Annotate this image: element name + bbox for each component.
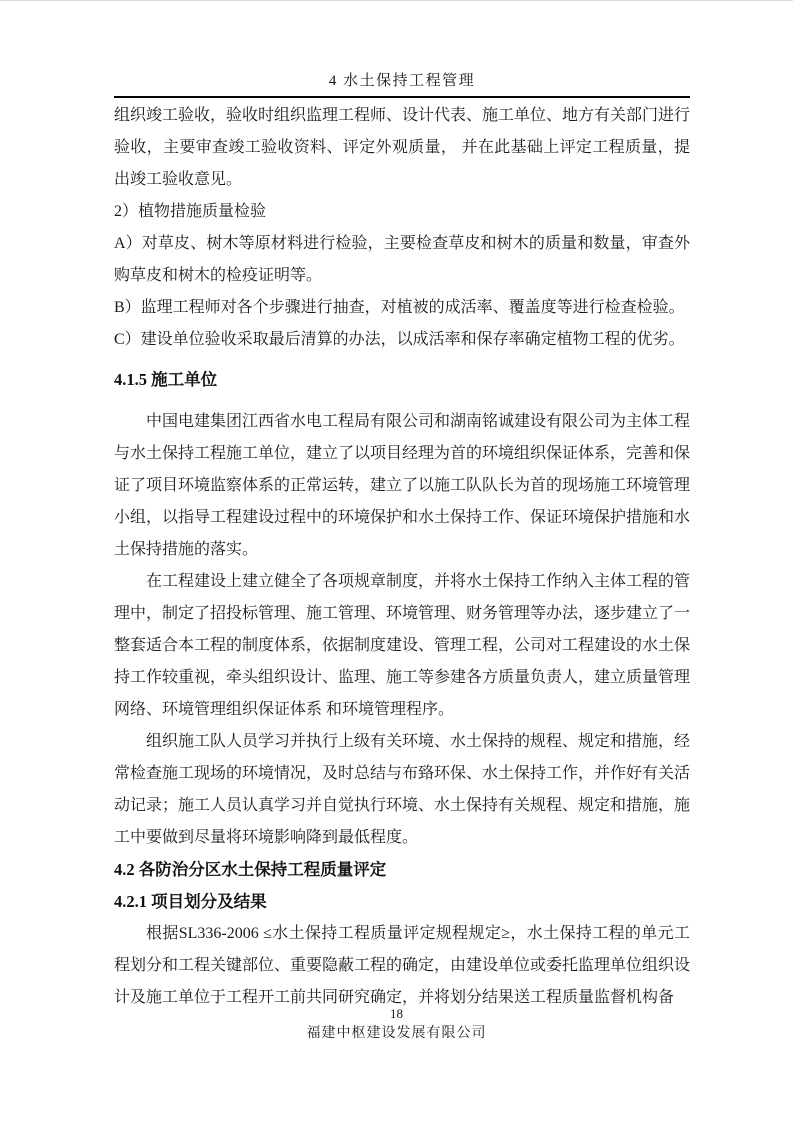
- list-item-a: A）对草皮、树木等原材料进行检验，主要检查草皮和树木的质量和数量，审查外购草皮和…: [114, 228, 690, 292]
- page-footer: 18 福建中枢建设发展有限公司: [0, 1005, 793, 1044]
- section-heading-4-2: 4.2 各防治分区水土保持工程质量评定: [114, 854, 690, 886]
- paragraph-construction-units: 中国电建集团江西省水电工程局有限公司和湖南铭诚建设有限公司为主体工程与水土保持工…: [114, 406, 690, 566]
- paragraph-team-training: 组织施工队人员学习并执行上级有关环境、水土保持的规程、规定和措施，经常检查施工现…: [114, 726, 690, 854]
- section-heading-4-1-5: 4.1.5 施工单位: [114, 364, 690, 396]
- header-rule: [114, 96, 690, 98]
- header-title: 4 水土保持工程管理: [114, 71, 690, 91]
- paragraph-project-division: 根据SL336-2006 ≤水土保持工程质量评定规程规定≥，水土保持工程的单元工…: [114, 918, 690, 1014]
- paragraph-regulations-system: 在工程建设上建立健全了各项规章制度，并将水土保持工作纳入主体工程的管理中，制定了…: [114, 566, 690, 726]
- list-item-c: C）建设单位验收采取最后清算的办法，以成活率和保存率确定植物工程的优劣。: [114, 324, 690, 356]
- document-body: 组织竣工验收，验收时组织监理工程师、设计代表、施工单位、地方有关部门进行验收，主…: [114, 100, 690, 1014]
- paragraph-completion-acceptance: 组织竣工验收，验收时组织监理工程师、设计代表、施工单位、地方有关部门进行验收，主…: [114, 100, 690, 196]
- section-heading-4-2-1: 4.2.1 项目划分及结果: [114, 886, 690, 918]
- document-page: 4 水土保持工程管理 组织竣工验收，验收时组织监理工程师、设计代表、施工单位、地…: [0, 0, 793, 1122]
- page-header: 4 水土保持工程管理: [114, 71, 690, 98]
- page-number: 18: [0, 1005, 793, 1023]
- list-item-plant-measures-title: 2）植物措施质量检验: [114, 196, 690, 228]
- list-item-b: B）监理工程师对各个步骤进行抽查，对植被的成活率、覆盖度等进行检查检验。: [114, 292, 690, 324]
- footer-company-name: 福建中枢建设发展有限公司: [0, 1023, 793, 1044]
